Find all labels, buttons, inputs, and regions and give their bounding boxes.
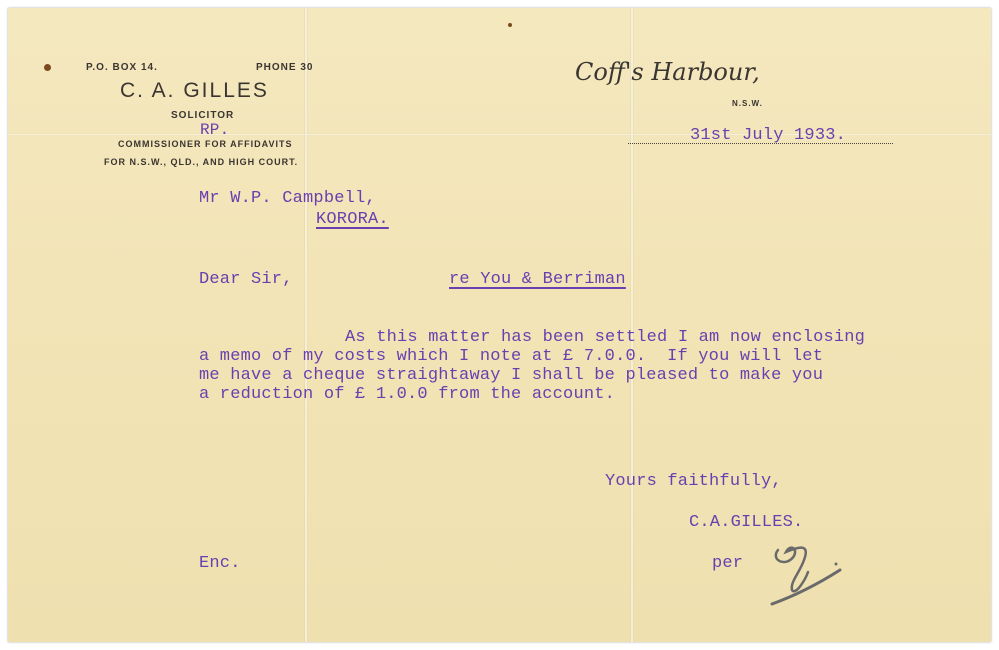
phone: PHONE 30	[256, 62, 313, 73]
body-line-2: a memo of my costs which I note at £ 7.0…	[199, 347, 823, 366]
commissioner-line: COMMISSIONER FOR AFFIDAVITS	[118, 139, 293, 149]
recipient-place: KORORA.	[316, 210, 389, 229]
state: N.S.W.	[732, 99, 763, 108]
handwritten-signature-icon	[766, 538, 846, 608]
body-line-4: a reduction of £ 1.0.0 from the account.	[199, 385, 615, 404]
typist-initials: RP.	[200, 121, 229, 139]
body-line-3: me have a cheque straightaway I shall be…	[199, 366, 823, 385]
fold-crease	[630, 8, 634, 642]
ink-stain	[508, 23, 512, 27]
po-box: P.O. BOX 14.	[86, 62, 158, 73]
firm-name: C. A. GILLES	[120, 79, 269, 103]
signatory: C.A.GILLES.	[689, 513, 803, 532]
enclosure-note: Enc.	[199, 554, 241, 573]
jurisdiction-line: FOR N.S.W., QLD., AND HIGH COURT.	[104, 157, 298, 167]
town-script: Coff's Harbour,	[575, 58, 760, 86]
fold-crease	[304, 8, 308, 642]
salutation: Dear Sir,	[199, 270, 293, 289]
letter-paper: P.O. BOX 14. PHONE 30 C. A. GILLES SOLIC…	[8, 8, 991, 642]
firm-title: SOLICITOR	[171, 110, 234, 121]
date-line	[628, 143, 893, 144]
body-line-1: As this matter has been settled I am now…	[345, 328, 865, 347]
recipient-name: Mr W.P. Campbell,	[199, 189, 376, 208]
per-label: per	[712, 554, 743, 573]
ink-stain	[44, 64, 51, 71]
closing: Yours faithfully,	[605, 472, 782, 491]
subject-line: re You & Berriman	[449, 270, 626, 289]
